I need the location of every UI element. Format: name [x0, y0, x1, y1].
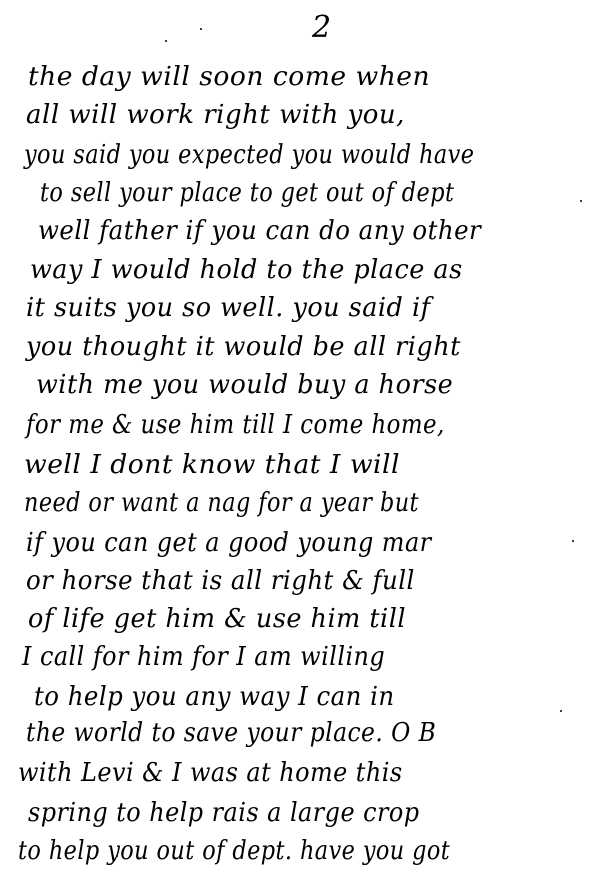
letter-line-16: I call for him for I am willing	[22, 642, 385, 672]
scan-speck	[580, 200, 582, 202]
letter-line-10: for me & use him till I come home,	[26, 410, 445, 440]
letter-line-4: to sell your place to get out of dept	[40, 178, 454, 208]
scan-speck	[200, 28, 202, 30]
letter-line-11: well I dont know that I will	[24, 450, 400, 480]
scan-speck	[116, 855, 118, 857]
letter-line-18: the world to save your place. O B	[26, 718, 436, 748]
letter-line-5: well father if you can do any other	[38, 216, 481, 246]
page-number: 2	[312, 10, 331, 45]
letter-line-6: way I would hold to the place as	[30, 255, 463, 285]
letter-line-7: it suits you so well. you said if	[26, 293, 431, 323]
letter-line-12: need or want a nag for a year but	[24, 488, 419, 518]
letter-line-14: or horse that is all right & full	[26, 566, 415, 596]
letter-line-9: with me you would buy a horse	[36, 370, 453, 400]
letter-page: 2 the day will soon come when all will w…	[0, 0, 600, 876]
letter-line-20: spring to help rais a large crop	[28, 798, 420, 828]
letter-line-8: you thought it would be all right	[26, 332, 461, 362]
scan-speck	[572, 540, 574, 542]
letter-line-21: to help you out of dept. have you got	[18, 836, 450, 866]
letter-line-15: of life get him & use him till	[28, 604, 406, 634]
letter-line-17: to help you any way I can in	[34, 682, 395, 712]
scan-speck	[560, 710, 562, 712]
letter-line-2: all will work right with you,	[26, 100, 405, 130]
scan-speck	[165, 40, 167, 42]
letter-line-19: with Levi & I was at home this	[18, 758, 403, 788]
letter-line-13: if you can get a good young mar	[26, 528, 432, 558]
letter-line-3: you said you expected you would have	[24, 140, 474, 170]
letter-line-1: the day will soon come when	[28, 62, 430, 92]
